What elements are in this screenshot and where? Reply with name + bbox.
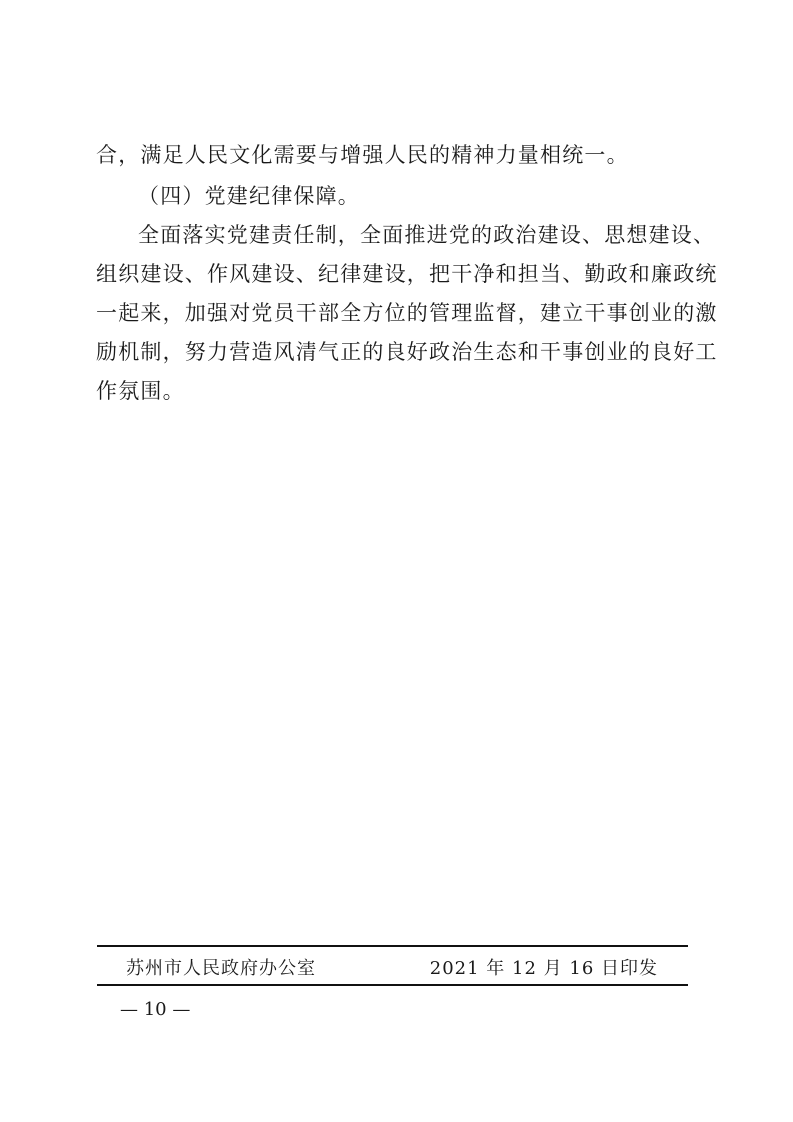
section-heading: （四）党建纪律保障。 <box>138 182 360 210</box>
paragraph-line: 合，满足人民文化需要与增强人民的精神力量相统一。 <box>96 141 688 169</box>
paragraph-line: 作氛围。 <box>96 377 688 405</box>
footer-bottom-rule <box>97 984 688 986</box>
footer-issuer: 苏州市人民政府办公室 <box>126 957 316 981</box>
paragraph-line: 励机制，努力营造风清气正的良好政治生态和干事创业的良好工 <box>96 338 688 366</box>
paragraph-line: 组织建设、作风建设、纪律建设，把干净和担当、勤政和廉政统 <box>96 260 688 288</box>
paragraph-line: 一起来，加强对党员干部全方位的管理监督，建立干事创业的激 <box>96 299 688 327</box>
footer-print-date: 2021 年 12 月 16 日印发 <box>406 957 658 981</box>
paragraph-line: 全面落实党建责任制，全面推进党的政治建设、思想建设、 <box>138 221 688 249</box>
footer-top-rule <box>97 945 688 947</box>
page-number: — 10 — <box>120 998 190 1022</box>
